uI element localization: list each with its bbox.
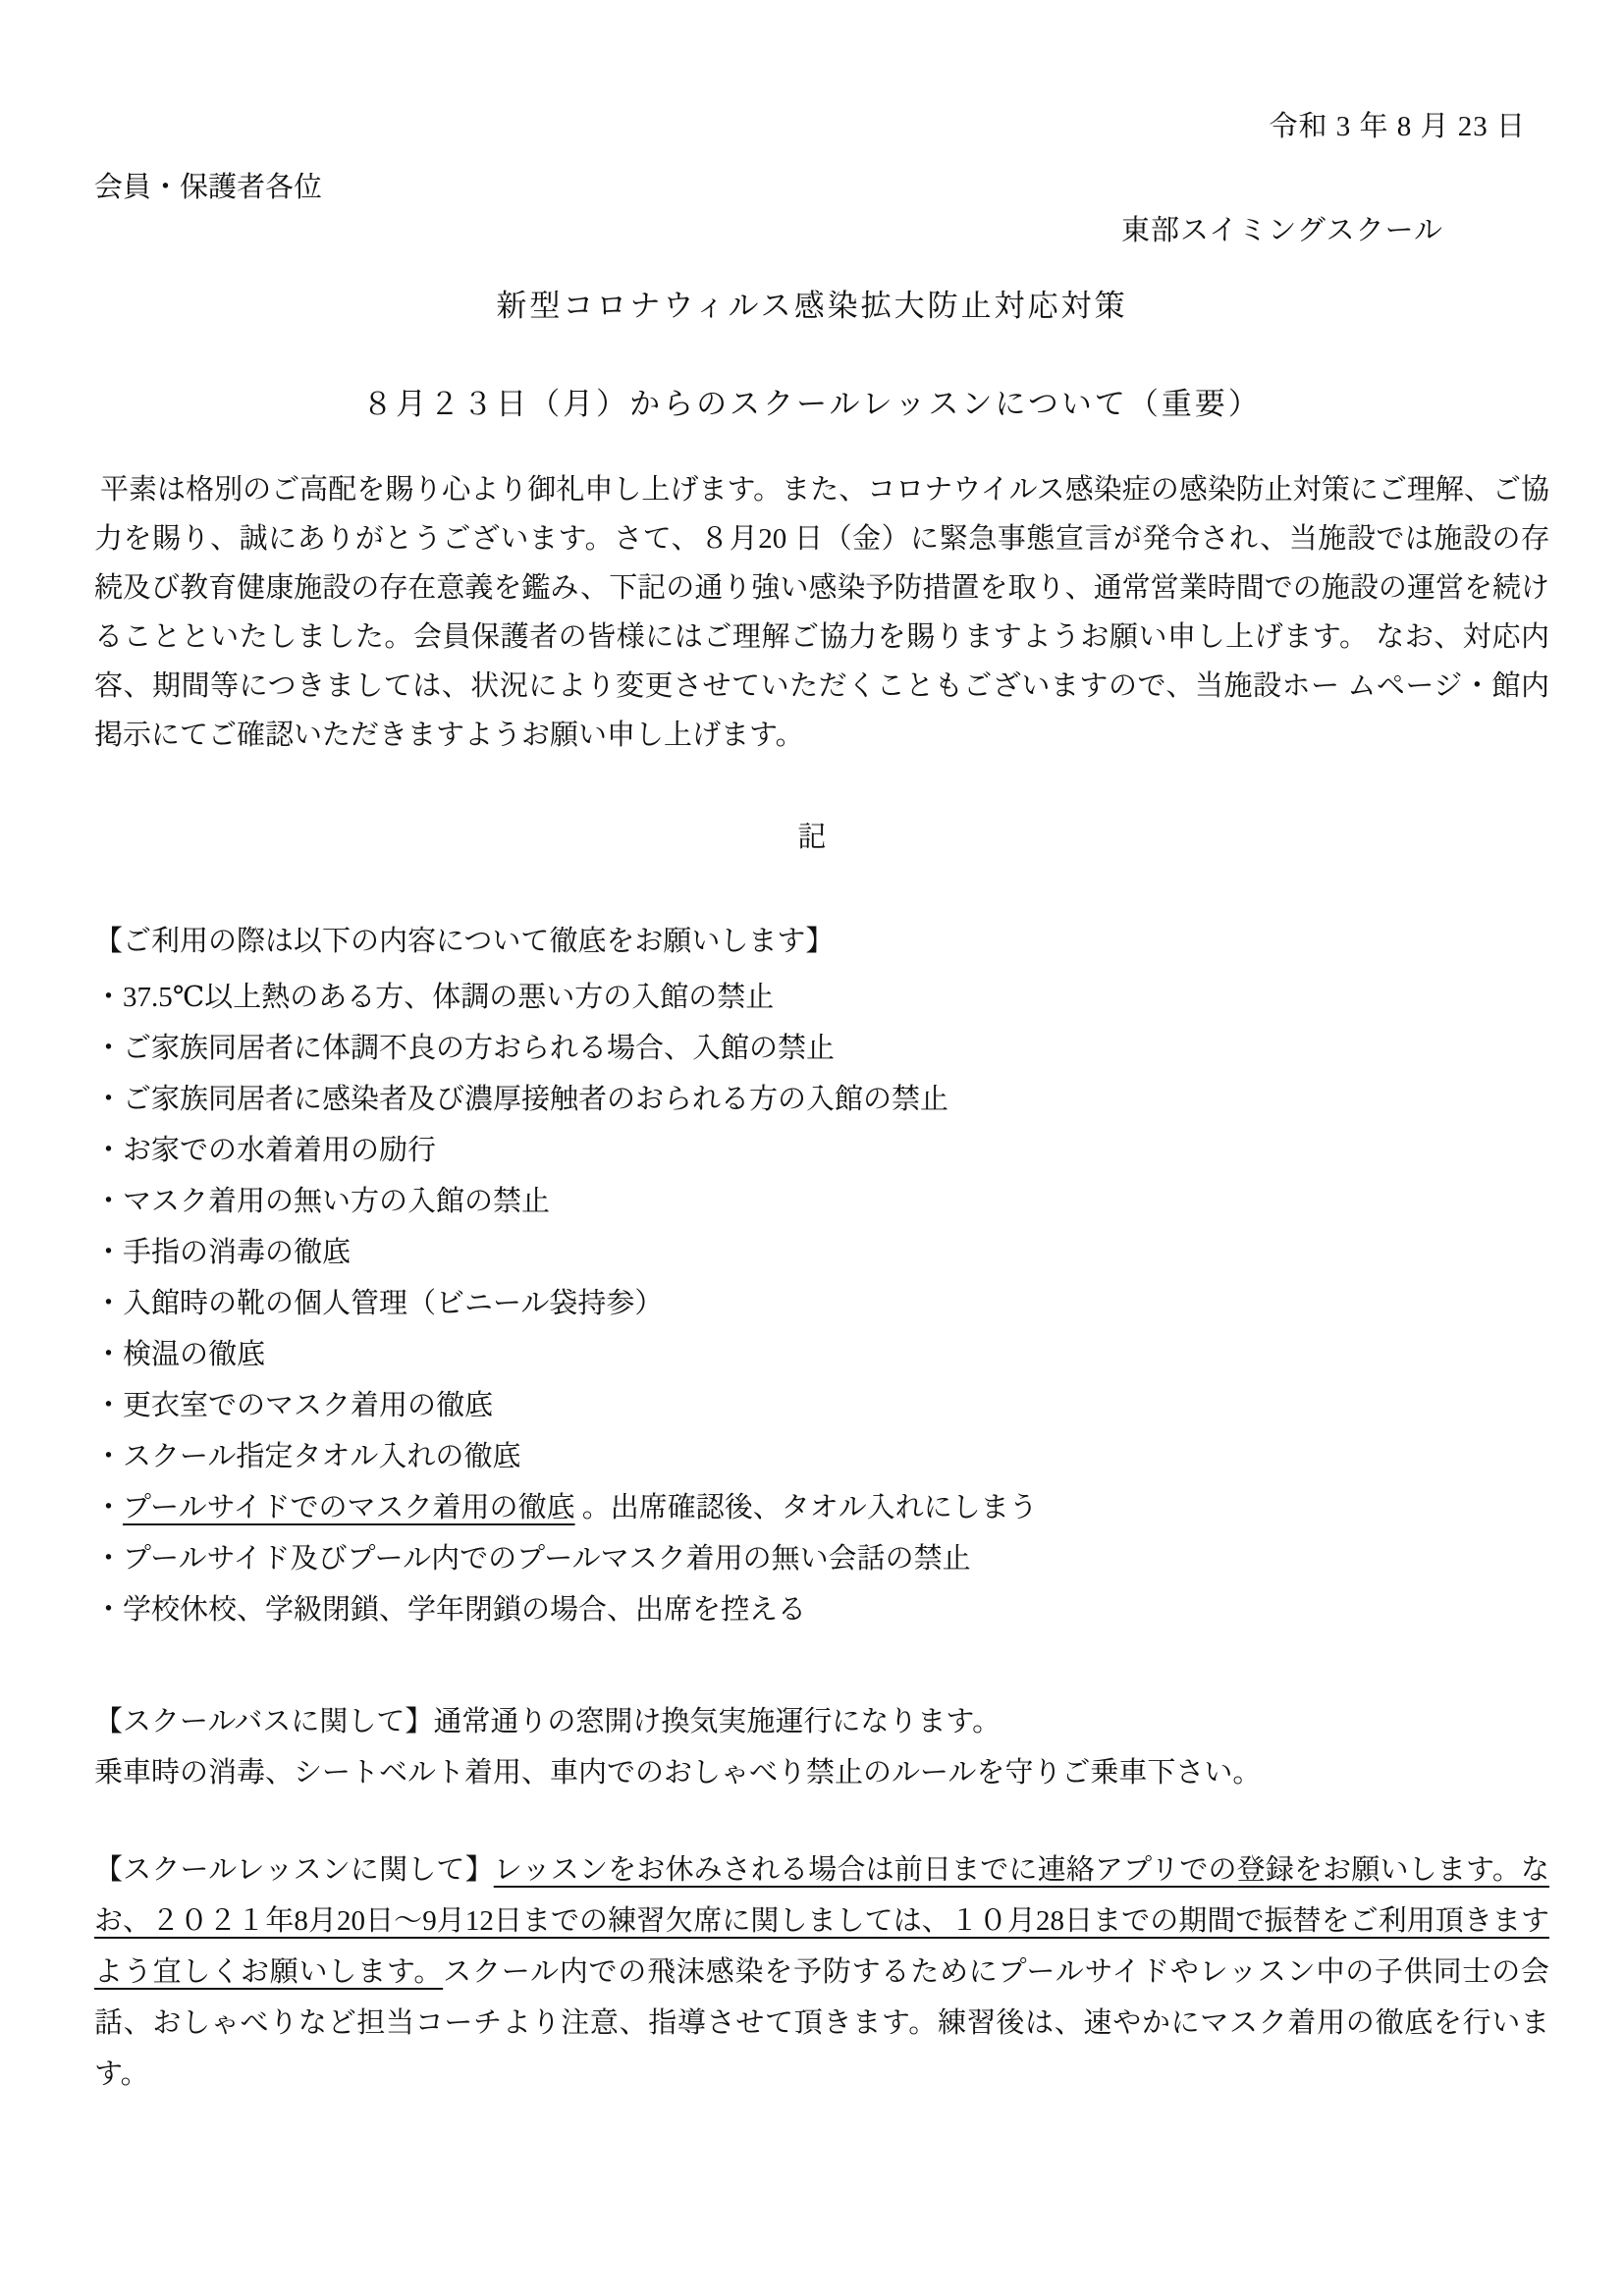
- plain-text: 【スクールレッスンに関して】: [94, 1854, 494, 1886]
- plain-text: ・ご家族同居者に感染者及び濃厚接触者のおられる方の入館の禁止: [94, 1084, 948, 1115]
- rule-item: ・プールサイドでのマスク着用の徹底 。出席確認後、タオル入れにしまう: [94, 1482, 1549, 1533]
- usage-rules-list: ・37.5℃以上熱のある方、体調の悪い方の入館の禁止・ご家族同居者に体調不良の方…: [94, 972, 1549, 1635]
- rule-item: ・検温の徹底: [94, 1329, 1549, 1380]
- document-date: 令和 3 年 8 月 23 日: [0, 0, 1624, 143]
- plain-text: ・検温の徹底: [94, 1339, 265, 1370]
- rule-item: ・マスク着用の無い方の入館の禁止: [94, 1176, 1549, 1227]
- rule-item: ・スクール指定タオル入れの徹底: [94, 1431, 1549, 1482]
- plain-text: ・お家での水着着用の励行: [94, 1135, 436, 1166]
- rule-item: ・プールサイド及びプール内でのプールマスク着用の無い会話の禁止: [94, 1533, 1549, 1584]
- usage-section-heading: 【ご利用の際は以下の内容について徹底をお願いします】: [0, 925, 1624, 958]
- plain-text: ・プールサイド及びプール内でのプールマスク着用の無い会話の禁止: [94, 1543, 971, 1575]
- plain-text: ・ご家族同居者に体調不良の方おられる場合、入館の禁止: [94, 1033, 835, 1064]
- plain-text: ・37.5℃以上熱のある方、体調の悪い方の入館の禁止: [94, 982, 774, 1013]
- intro-paragraph: 平素は格別のご高配を賜り心より御礼申し上げます。また、コロナウイルス感染症の感染…: [94, 465, 1549, 760]
- plain-text: ・更衣室でのマスク着用の徹底: [94, 1390, 493, 1421]
- document-title: 新型コロナウィルス感染拡大防止対応対策: [0, 289, 1624, 324]
- document-page: 令和 3 年 8 月 23 日 会員・保護者各位 東部スイミングスクール 新型コ…: [0, 0, 1624, 2296]
- lesson-section-paragraph: 【スクールレッスンに関して】レッスンをお休みされる場合は前日までに連絡アプリでの…: [94, 1844, 1549, 2100]
- underlined-text: プールサイドでのマスク着用の徹底: [123, 1492, 575, 1523]
- plain-text: ・スクール指定タオル入れの徹底: [94, 1441, 520, 1472]
- bus-section-line-1: 【スクールバスに関して】通常通りの窓開け換気実施運行になります。: [94, 1696, 1549, 1747]
- bus-section-line-2: 乗車時の消毒、シートベルト着用、車内でのおしゃべり禁止のルールを守りご乗車下さい…: [94, 1747, 1549, 1798]
- sender-name: 東部スイミングスクール: [0, 214, 1624, 247]
- rule-item: ・更衣室でのマスク着用の徹底: [94, 1380, 1549, 1431]
- rule-item: ・入館時の靴の個人管理（ビニール袋持参）: [94, 1278, 1549, 1329]
- plain-text: ・マスク着用の無い方の入館の禁止: [94, 1186, 550, 1217]
- notice-marker: 記: [0, 821, 1624, 854]
- plain-text: ・手指の消毒の徹底: [94, 1237, 351, 1268]
- rule-item: ・37.5℃以上熱のある方、体調の悪い方の入館の禁止: [94, 972, 1549, 1023]
- rule-item: ・ご家族同居者に体調不良の方おられる場合、入館の禁止: [94, 1023, 1549, 1074]
- rule-item: ・学校休校、学級閉鎖、学年閉鎖の場合、出席を控える: [94, 1584, 1549, 1635]
- rule-item: ・お家での水着着用の励行: [94, 1125, 1549, 1176]
- plain-text: 。出席確認後、タオル入れにしまう: [575, 1492, 1038, 1523]
- plain-text: ・: [94, 1492, 123, 1523]
- plain-text: ・学校休校、学級閉鎖、学年閉鎖の場合、出席を控える: [94, 1594, 806, 1626]
- addressee: 会員・保護者各位: [0, 171, 1624, 204]
- bus-section: 【スクールバスに関して】通常通りの窓開け換気実施運行になります。 乗車時の消毒、…: [94, 1696, 1549, 1798]
- rule-item: ・手指の消毒の徹底: [94, 1227, 1549, 1278]
- plain-text: ・入館時の靴の個人管理（ビニール袋持参）: [94, 1288, 663, 1319]
- rule-item: ・ご家族同居者に感染者及び濃厚接触者のおられる方の入館の禁止: [94, 1074, 1549, 1125]
- document-subtitle: ８月２３日（月）からのスクールレッスンについて（重要）: [0, 387, 1624, 422]
